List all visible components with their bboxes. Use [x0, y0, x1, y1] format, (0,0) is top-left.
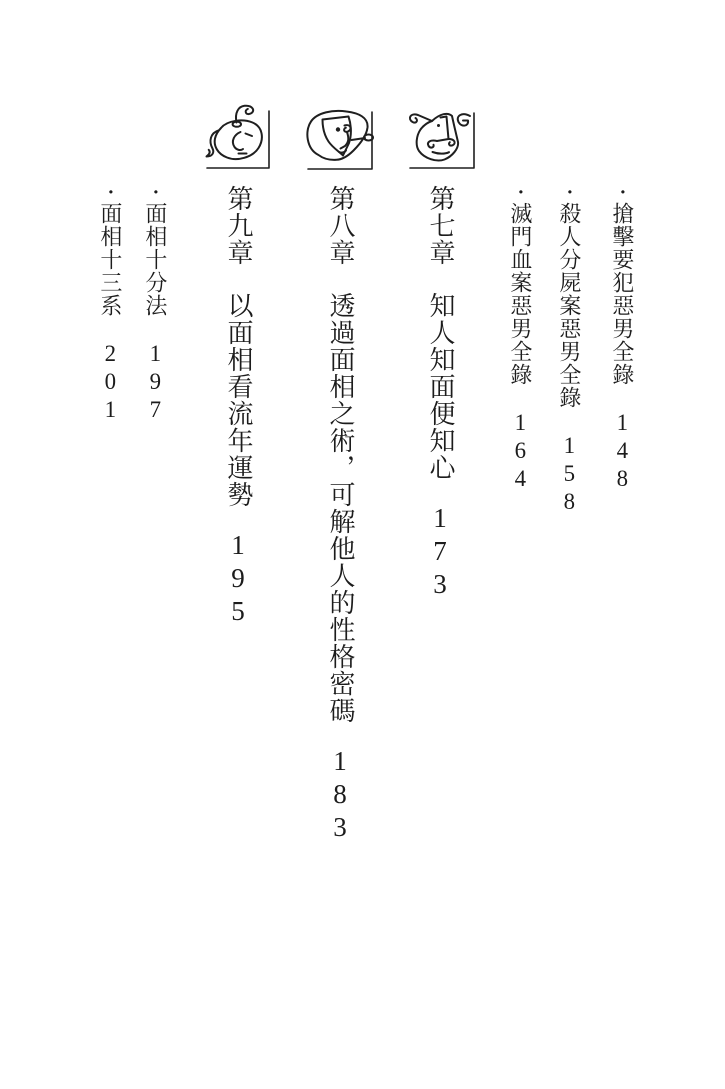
toc-chapter-7: 第七章知人知面便知心173 — [426, 185, 453, 602]
toc-subentry-p197-title: 面相十分法 — [143, 202, 168, 317]
toc-subentry-p164-page-number: 164 — [508, 410, 533, 494]
toc-subentry-p148-title: 搶擊要犯惡男全錄 — [610, 202, 635, 386]
chapter-9-face-doodle-icon — [195, 99, 273, 172]
bullet-dot: ・ — [510, 183, 530, 202]
chapter-9-title: 以面相看流年運勢 — [224, 292, 253, 508]
toc-subentry-p201: ・面相十三系201 — [98, 183, 121, 425]
chapter-7-face-doodle-icon — [403, 104, 479, 172]
chapter-8-label: 第八章 — [326, 185, 355, 266]
toc-subentry-p158: ・殺人分屍案惡男全錄158 — [557, 183, 580, 517]
toc-subentry-p164-title: 滅門血案惡男全錄 — [508, 202, 533, 386]
toc-subentry-p201-title: 面相十三系 — [98, 202, 123, 317]
toc-subentry-p197: ・面相十分法197 — [143, 183, 166, 425]
chapter-7-page-number: 173 — [425, 503, 455, 602]
bullet-dot: ・ — [100, 183, 120, 202]
chapter-9-page-number: 195 — [223, 530, 253, 629]
toc-subentry-p148: ・搶擊要犯惡男全錄148 — [610, 183, 633, 494]
chapter-8-title: 透過面相之術，可解他人的性格密碼 — [326, 292, 355, 724]
chapter-9-label: 第九章 — [224, 185, 253, 266]
toc-chapter-8: 第八章透過面相之術，可解他人的性格密碼183 — [326, 185, 353, 845]
chapter-8-page-number: 183 — [325, 746, 355, 845]
chapter-7-label: 第七章 — [426, 185, 455, 266]
chapter-8-face-doodle-icon — [299, 104, 377, 173]
toc-subentry-p164: ・滅門血案惡男全錄164 — [508, 183, 531, 494]
toc-subentry-p148-page-number: 148 — [610, 410, 635, 494]
toc-subentry-p158-title: 殺人分屍案惡男全錄 — [557, 202, 582, 409]
toc-chapter-9: 第九章以面相看流年運勢195 — [224, 185, 251, 629]
bullet-dot: ・ — [612, 183, 632, 202]
bullet-dot: ・ — [145, 183, 165, 202]
toc-page: ・搶擊要犯惡男全錄148 ・殺人分屍案惡男全錄158 ・滅門血案惡男全錄164 — [0, 0, 725, 1089]
toc-subentry-p197-page-number: 197 — [143, 341, 168, 425]
toc-subentry-p158-page-number: 158 — [557, 433, 582, 517]
bullet-dot: ・ — [559, 183, 579, 202]
toc-subentry-p201-page-number: 201 — [98, 341, 123, 425]
chapter-7-title: 知人知面便知心 — [426, 292, 455, 481]
